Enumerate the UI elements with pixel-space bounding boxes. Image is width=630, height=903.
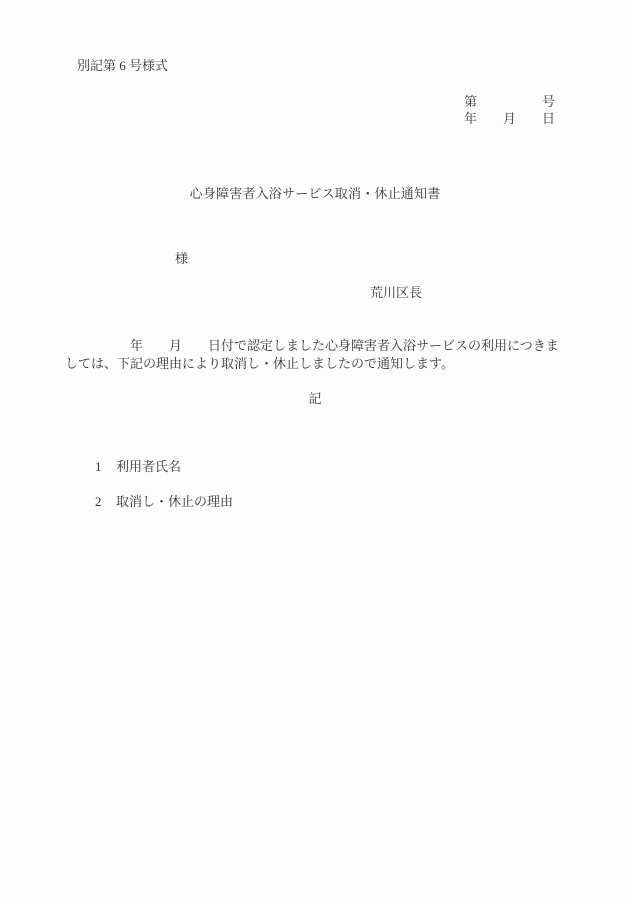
- list-item-1-label: 利用者氏名: [116, 459, 181, 474]
- addressee-suffix: 様: [175, 251, 188, 266]
- list-item-2-label: 取消し・休止の理由: [116, 494, 233, 509]
- list-item-2-number: 2: [95, 494, 116, 509]
- sender-name: 荒川区長: [370, 285, 422, 300]
- date-line: 年 月 日: [464, 111, 555, 126]
- body-paragraph-line-2: しては、下記の理由により取消し・休止しましたので通知します。: [65, 356, 454, 371]
- form-number-label: 別記第 6 号様式: [77, 58, 168, 73]
- list-item-2: 2取消し・休止の理由: [82, 479, 233, 524]
- document-title: 心身障害者入浴サービス取消・休止通知書: [0, 186, 630, 201]
- document-number-line: 第 号: [464, 94, 555, 109]
- document-page: 別記第 6 号様式 第 号 年 月 日 心身障害者入浴サービス取消・休止通知書 …: [0, 0, 630, 903]
- record-heading: 記: [0, 391, 630, 406]
- list-item-1-number: 1: [95, 459, 116, 474]
- body-paragraph-line-1: 年 月 日付で認定しました心身障害者入浴サービスの利用につきま: [65, 338, 559, 353]
